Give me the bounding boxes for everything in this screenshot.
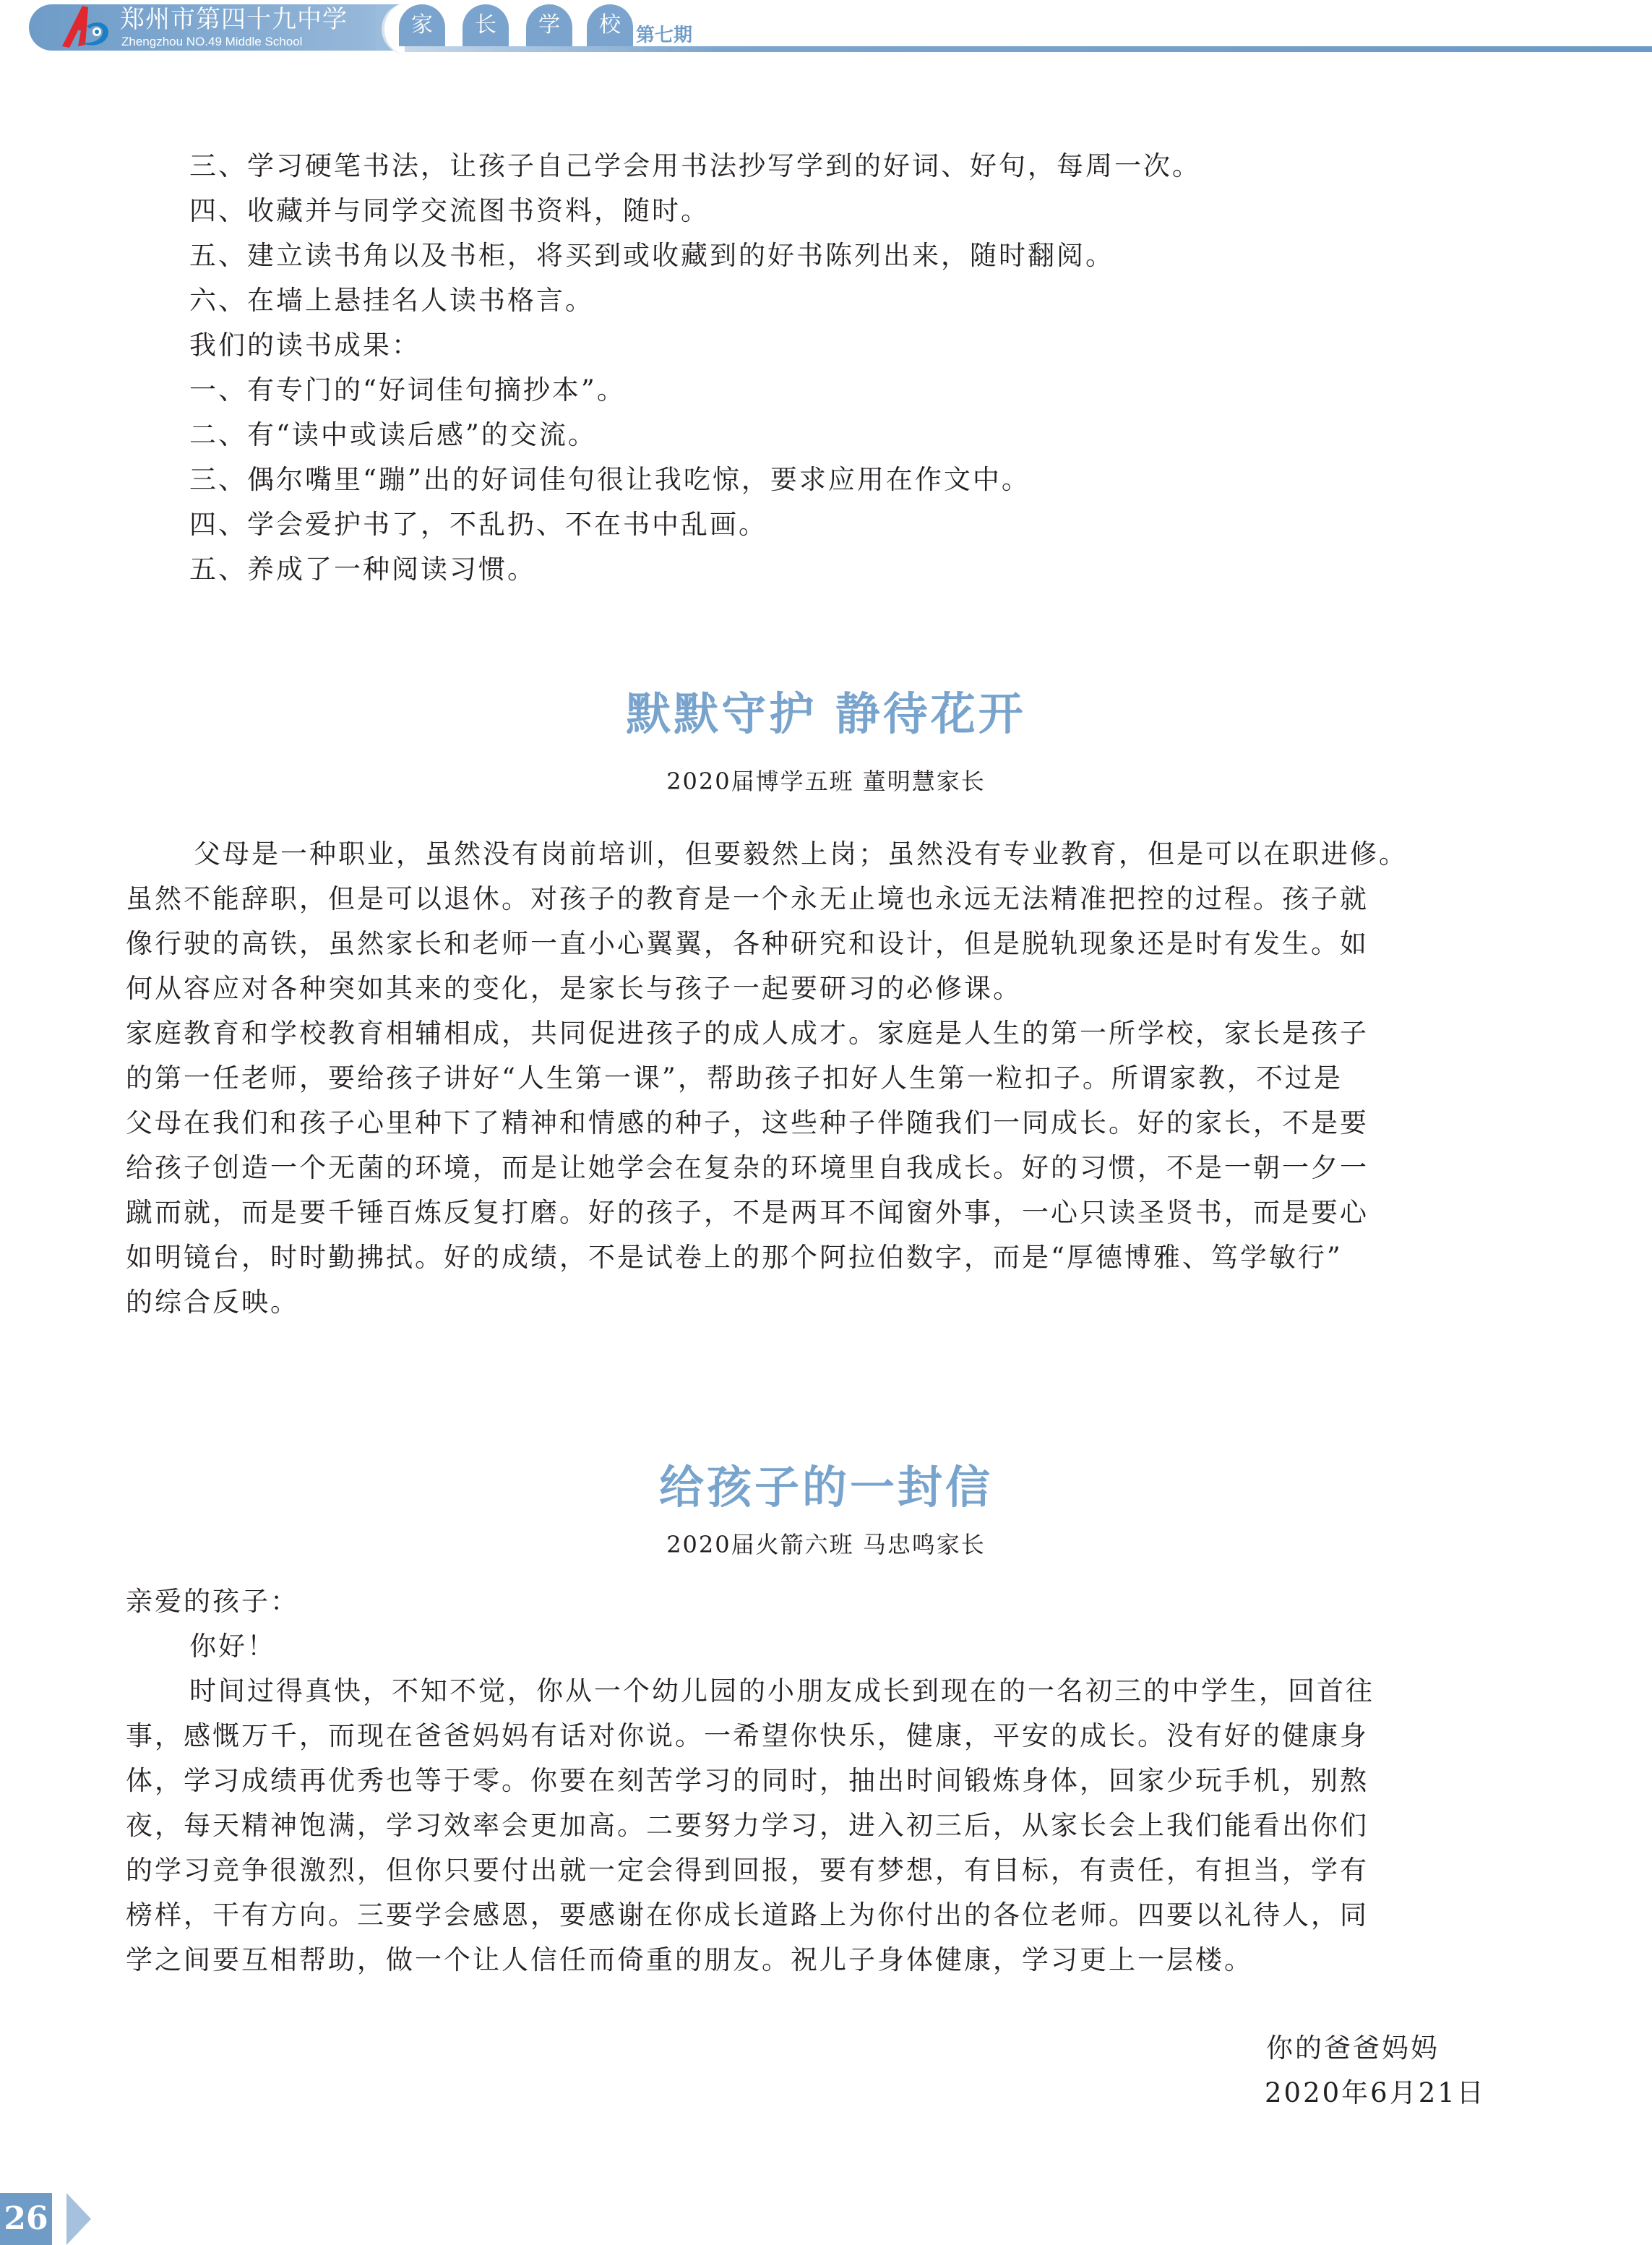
list-item: 五、养成了一种阅读习惯。: [189, 555, 536, 584]
list-item: 三、学习硬笔书法，让孩子自己学会用书法抄写学到的好词、好句，每周一次。: [189, 152, 1201, 181]
paragraph-line: 的学习竞争很激烈，但你只要付出就一定会得到回报，要有梦想，有目标，有责任，有担当…: [126, 1856, 1369, 1885]
page-number: 26: [0, 2193, 52, 2245]
paragraph-line: 父母在我们和孩子心里种下了精神和情感的种子，这些种子伴随我们一同成长。好的家长，…: [126, 1109, 1369, 1138]
list-item: 四、学会爱护书了，不乱扔、不在书中乱画。: [189, 510, 767, 539]
paragraph-line: 夜，每天精神饱满，学习效率会更加高。二要努力学习，进入初三后，从家长会上我们能看…: [126, 1811, 1369, 1840]
header-rule: [405, 46, 1652, 52]
paragraph-line: 像行驶的高铁，虽然家长和老师一直小心翼翼，各种研究和设计，但是脱轨现象还是时有发…: [126, 930, 1369, 958]
issue-number: 第七期: [636, 20, 692, 47]
list-heading: 我们的读书成果：: [189, 331, 421, 360]
paragraph-line: 事，感慨万千，而现在爸爸妈妈有话对你说。一希望你快乐，健康，平安的成长。没有好的…: [126, 1722, 1369, 1751]
paragraph-line: 家庭教育和学校教育相辅相成，共同促进孩子的成人成才。家庭是人生的第一所学校，家长…: [126, 1019, 1369, 1048]
header-pill-xiao: 校: [587, 4, 633, 46]
list-item: 六、在墙上悬挂名人读书格言。: [189, 286, 594, 315]
paragraph-line: 的第一任老师，要给孩子讲好“人生第一课”，帮助孩子扣好人生第一粒扣子。所谓家教，…: [126, 1064, 1343, 1093]
header-pill-jia: 家: [399, 4, 445, 46]
list-item: 五、建立读书角以及书柜，将买到或收藏到的好书陈列出来，随时翻阅。: [189, 241, 1114, 270]
page-header: 郑州市第四十九中学 Zhengzhou NO.49 Middle School …: [0, 0, 1652, 58]
school-logo-icon: [56, 4, 114, 51]
paragraph-line: 蹴而就，而是要千锤百炼反复打磨。好的孩子，不是两耳不闻窗外事，一心只读圣贤书，而…: [126, 1198, 1369, 1227]
header-pill-zhang: 长: [463, 4, 509, 46]
paragraph-line: 学之间要互相帮助，做一个让人信任而倚重的朋友。祝儿子身体健康，学习更上一层楼。: [126, 1946, 1253, 1975]
school-name: 郑州市第四十九中学: [120, 6, 348, 33]
list-item: 二、有“读中或读后感”的交流。: [189, 421, 597, 450]
article-title: 给孩子的一封信: [0, 1451, 1652, 1516]
paragraph-line: 体，学习成绩再优秀也等于零。你要在刻苦学习的同时，抽出时间锻炼身体，回家少玩手机…: [126, 1767, 1369, 1795]
list-item: 一、有专门的“好词佳句摘抄本”。: [189, 376, 626, 405]
article-byline: 2020届火箭六班 马忠鸣家长: [0, 1527, 1652, 1560]
paragraph-line: 时间过得真快，不知不觉，你从一个幼儿园的小朋友成长到现在的一名初三的中学生，回首…: [189, 1677, 1374, 1706]
article-title: 默默守护 静待花开: [0, 678, 1652, 742]
letter-greeting: 你好！: [189, 1632, 276, 1661]
school-name-english: Zhengzhou NO.49 Middle School: [121, 35, 302, 49]
paragraph-line: 榜样，干有方向。三要学会感恩，要感谢在你成长道路上为你付出的各位老师。四要以礼待…: [126, 1901, 1369, 1930]
page-arrow-icon: [66, 2193, 91, 2245]
paragraph-line: 父母是一种职业，虽然没有岗前培训，但要毅然上岗；虽然没有专业教育，但是可以在职进…: [194, 840, 1408, 869]
paragraph-line: 如明镜台，时时勤拂拭。好的成绩，不是试卷上的那个阿拉伯数字，而是“厚德博雅、笃学…: [126, 1243, 1343, 1272]
letter-salutation: 亲爱的孩子：: [126, 1587, 299, 1616]
paragraph-line: 给孩子创造一个无菌的环境，而是让她学会在复杂的环境里自我成长。好的习惯，不是一朝…: [126, 1154, 1369, 1182]
list-item: 四、收藏并与同学交流图书资料，随时。: [189, 197, 710, 226]
letter-date: 2020年6月21日: [1265, 2079, 1486, 2108]
paragraph-line: 何从容应对各种突如其来的变化，是家长与孩子一起要研习的必修课。: [126, 974, 1022, 1003]
list-item: 三、偶尔嘴里“蹦”出的好词佳句很让我吃惊，要求应用在作文中。: [189, 465, 1031, 494]
article-byline: 2020届博学五班 董明慧家长: [0, 763, 1652, 797]
paragraph-line: 的综合反映。: [126, 1288, 299, 1317]
letter-signature: 你的爸爸妈妈: [1266, 2034, 1440, 2063]
paragraph-line: 虽然不能辞职，但是可以退休。对孩子的教育是一个永无止境也永远无法精准把控的过程。…: [126, 885, 1369, 914]
header-pill-xue: 学: [526, 4, 572, 46]
